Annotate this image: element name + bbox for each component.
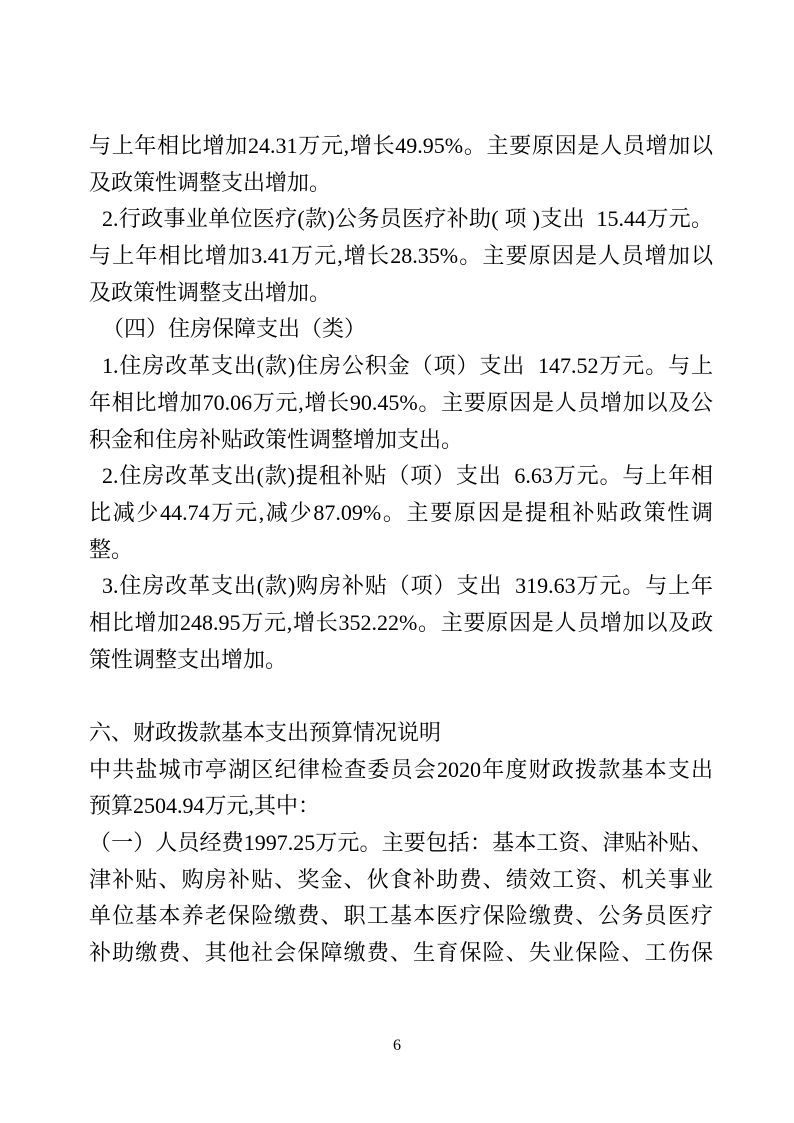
document-page: 与上年相比增加24.31万元,增长49.95%。主要原因是人员增加以及政策性调整…: [0, 0, 794, 1123]
para-heading-section-six: 六、财政拨款基本支出预算情况说明: [89, 715, 713, 752]
text-line: 年相比增加70.06万元,增长90.45%。主要原因是人员增加以及公: [89, 385, 713, 422]
text-line: 六、财政拨款基本支出预算情况说明: [89, 715, 713, 752]
text-line: 相比增加248.95万元,增长352.22%。主要原因是人员增加以及政: [89, 605, 713, 642]
text-line: 预算2504.94万元,其中：: [89, 788, 713, 825]
text-line: 积金和住房补贴政策性调整增加支出。: [89, 422, 713, 459]
text-line: 中共盐城市亭湖区纪律检查委员会2020年度财政拨款基本支出: [89, 752, 713, 789]
text-line: 2.行政事业单位医疗(款)公务员医疗补助( 项 )支出 15.44万元。: [89, 201, 713, 238]
para-basic-expenditure-budget-total: 中共盐城市亭湖区纪律检查委员会2020年度财政拨款基本支出预算2504.94万元…: [89, 752, 713, 825]
page-number: 6: [0, 1036, 794, 1056]
text-line: 整。: [89, 532, 713, 569]
text-line: 津补贴、购房补贴、奖金、伙食补助费、绩效工资、机关事业: [89, 862, 713, 899]
text-line: 补助缴费、其他社会保障缴费、生育保险、失业保险、工伤保: [89, 935, 713, 972]
text-line: 3.住房改革支出(款)购房补贴（项）支出 319.63万元。与上年: [89, 568, 713, 605]
text-line: 单位基本养老保险缴费、职工基本医疗保险缴费、公务员医疗: [89, 898, 713, 935]
text-line: 1.住房改革支出(款)住房公积金（项）支出 147.52万元。与上: [89, 348, 713, 385]
text-column: 与上年相比增加24.31万元,增长49.95%。主要原因是人员增加以及政策性调整…: [89, 128, 713, 972]
text-line: 及政策性调整支出增加。: [89, 275, 713, 312]
text-line: （一）人员经费1997.25万元。主要包括：基本工资、津贴补贴、: [89, 825, 713, 862]
para-subheading-housing-security: （四）住房保障支出（类）: [89, 311, 713, 348]
text-line: 2.住房改革支出(款)提租补贴（项）支出 6.63万元。与上年相: [89, 458, 713, 495]
text-line: 与上年相比增加3.41万元,增长28.35%。主要原因是人员增加以: [89, 238, 713, 275]
text-line: 及政策性调整支出增加。: [89, 165, 713, 202]
text-line: （四）住房保障支出（类）: [89, 311, 713, 348]
para-personnel-expense: （一）人员经费1997.25万元。主要包括：基本工资、津贴补贴、津补贴、购房补贴…: [89, 825, 713, 972]
para-continued-previous-page: 与上年相比增加24.31万元,增长49.95%。主要原因是人员增加以及政策性调整…: [89, 128, 713, 201]
para-housing-provident-fund: 1.住房改革支出(款)住房公积金（项）支出 147.52万元。与上年相比增加70…: [89, 348, 713, 458]
text-line: 策性调整支出增加。: [89, 642, 713, 679]
para-rent-raise-subsidy: 2.住房改革支出(款)提租补贴（项）支出 6.63万元。与上年相比减少44.74…: [89, 458, 713, 568]
text-line: 比减少44.74万元,减少87.09%。主要原因是提租补贴政策性调: [89, 495, 713, 532]
para-house-purchase-subsidy: 3.住房改革支出(款)购房补贴（项）支出 319.63万元。与上年相比增加248…: [89, 568, 713, 678]
para-admin-medical-civil-servant-subsidy: 2.行政事业单位医疗(款)公务员医疗补助( 项 )支出 15.44万元。与上年相…: [89, 201, 713, 311]
text-line: 与上年相比增加24.31万元,增长49.95%。主要原因是人员增加以: [89, 128, 713, 165]
